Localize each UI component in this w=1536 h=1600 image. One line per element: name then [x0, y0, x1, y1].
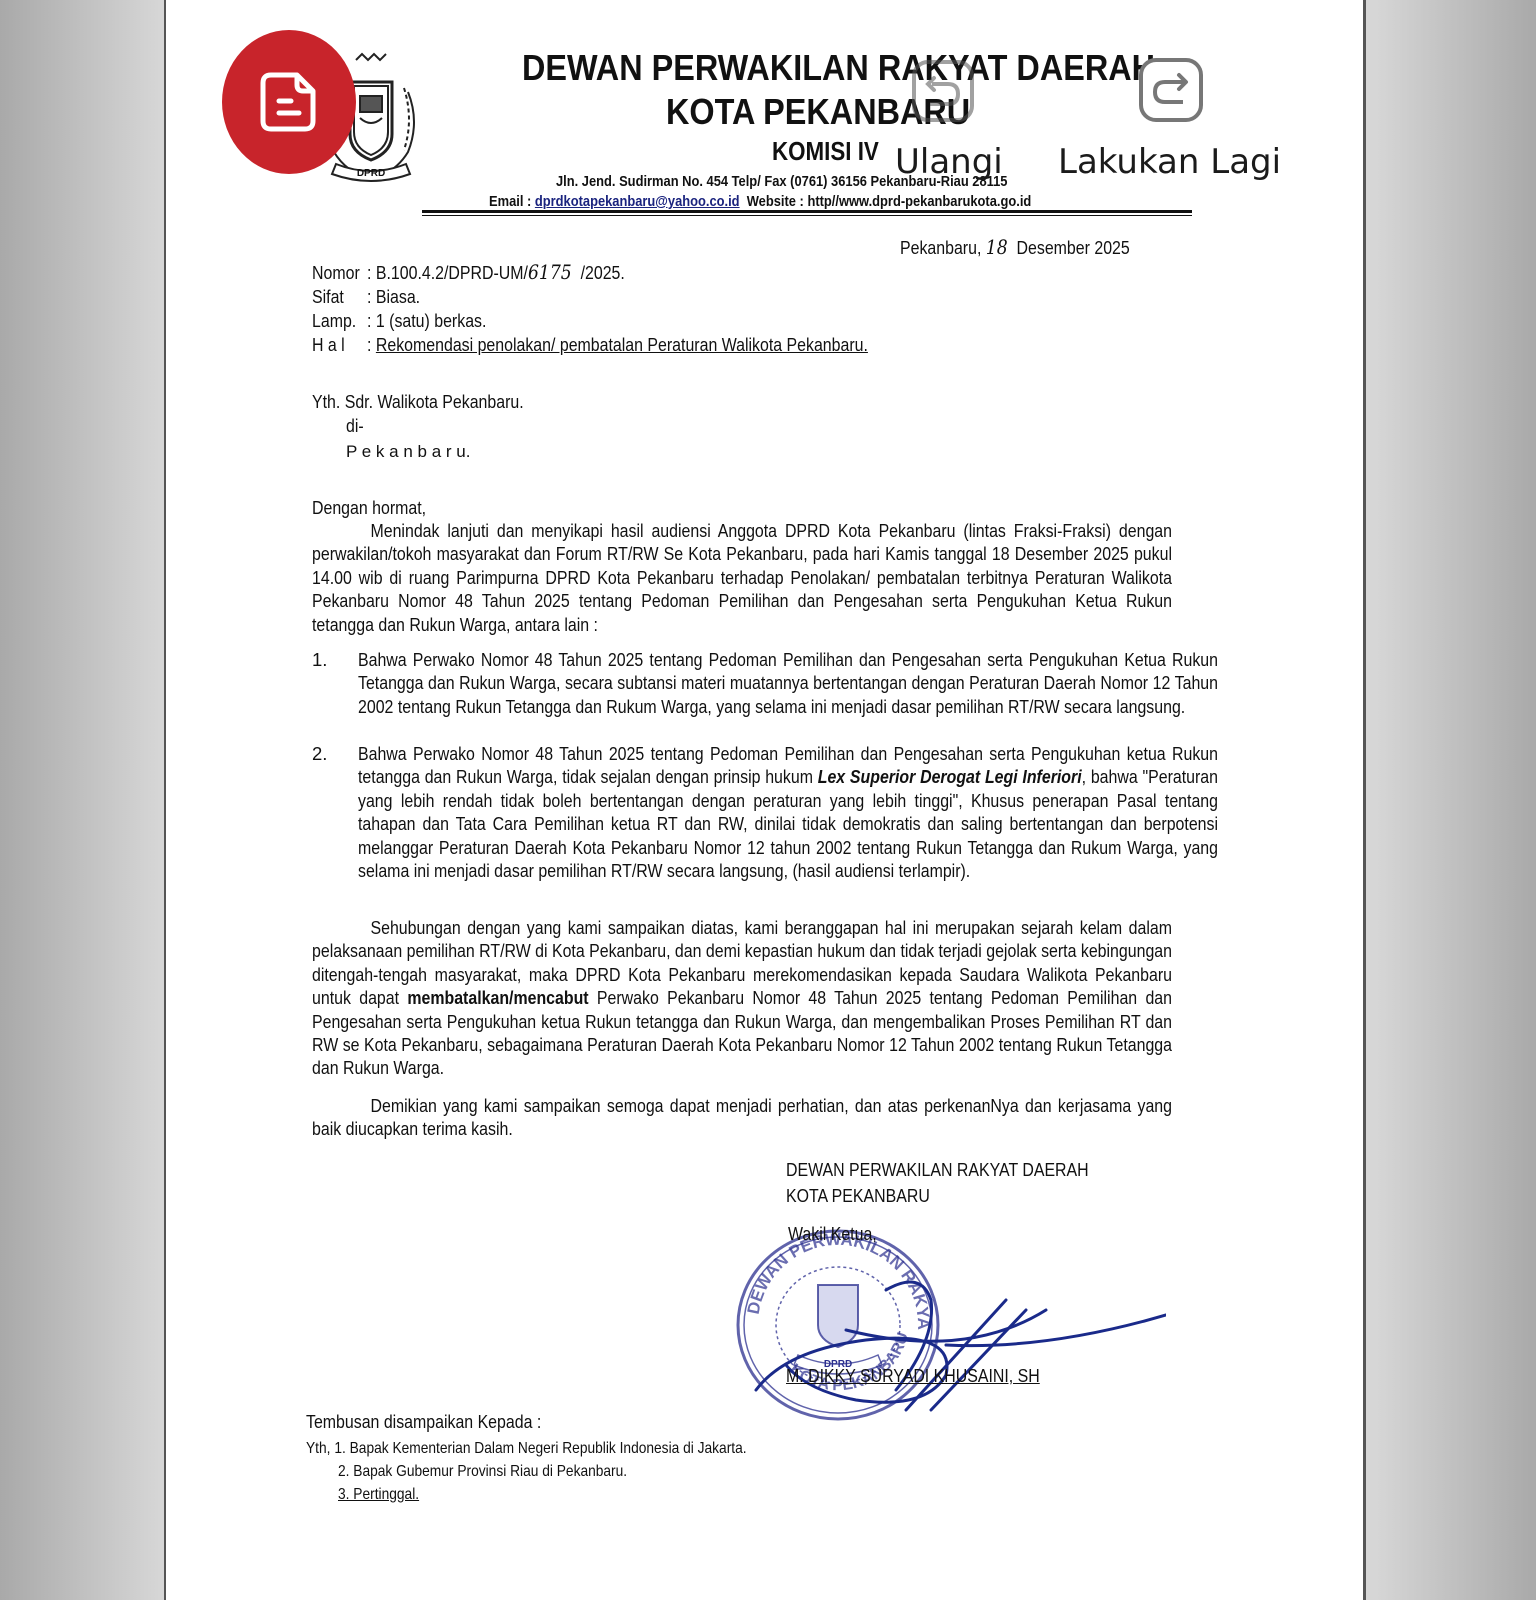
emphasis-cancel: membatalkan/mencabut	[407, 987, 588, 1008]
undo-arrow-icon	[910, 58, 976, 124]
redo-label[interactable]: Lakukan Lagi	[1058, 142, 1281, 182]
meta-hal: H a l: Rekomendasi penolakan/ pembatalan…	[312, 334, 868, 356]
paragraph-intro: Menindak lanjuti dan menyikapi hasil aud…	[312, 519, 1172, 636]
signature-org: DEWAN PERWAKILAN RAKYAT DAERAH	[786, 1158, 1089, 1181]
cc-item-1: Yth, 1. Bapak Kementerian Dalam Negeri R…	[306, 1440, 747, 1458]
signatory-name: M. DIKKY SURYADI KHUSAINI, SH	[786, 1364, 1040, 1387]
undo-button[interactable]	[910, 58, 976, 124]
handwritten-number: 6175	[528, 260, 572, 284]
legal-principle: Lex Superior Derogat Legi Inferiori	[818, 766, 1082, 787]
email-link[interactable]: dprdkotapekanbaru@yahoo.co.id	[535, 193, 740, 210]
meta-sifat: Sifat: Biasa.	[312, 286, 420, 308]
document-page: DPRD DEWAN PERWAKILAN RAKYAT DAERAH KOTA…	[164, 0, 1366, 1600]
website-text: http//www.dprd-pekanbarukota.go.id	[807, 193, 1031, 210]
letterhead-contact: Email : dprdkotapekanbaru@yahoo.co.id We…	[489, 193, 1031, 210]
redo-button[interactable]	[1137, 56, 1205, 124]
redo-arrow-icon	[1137, 56, 1205, 124]
paragraph-recommendation: Sehubungan dengan yang kami sampaikan di…	[312, 916, 1172, 1080]
handwritten-signature	[746, 1270, 1166, 1420]
recipient-di: di-	[346, 414, 364, 437]
letterhead-title: DEWAN PERWAKILAN RAKYAT DAERAH	[522, 47, 1155, 89]
cc-heading: Tembusan disampaikan Kepada :	[306, 1410, 541, 1433]
letterhead-rule	[422, 210, 1192, 213]
cc-item-2: 2. Bapak Gubemur Provinsi Riau di Pekanb…	[338, 1463, 627, 1481]
letter: DPRD DEWAN PERWAKILAN RAKYAT DAERAH KOTA…	[166, 0, 1363, 1600]
signature-city: KOTA PEKANBARU	[786, 1184, 930, 1207]
meta-lampiran: Lamp.: 1 (satu) berkas.	[312, 310, 486, 332]
list-item-1: 1. Bahwa Perwako Nomor 48 Tahun 2025 ten…	[312, 648, 1312, 740]
document-icon	[257, 69, 321, 135]
letterhead-commission: KOMISI IV	[772, 136, 879, 167]
recipient-name: Yth. Sdr. Walikota Pekanbaru.	[312, 390, 524, 413]
cc-item-3: 3. Pertinggal.	[338, 1486, 419, 1504]
recipient-city: P e k a n b a r u.	[346, 440, 470, 463]
letterhead-rule-thin	[422, 215, 1192, 216]
handwritten-day: 18	[986, 235, 1008, 259]
signature-title: Wakil Ketua,	[788, 1222, 877, 1245]
salutation: Dengan hormat,	[312, 496, 426, 519]
undo-label[interactable]: Ulangi	[895, 142, 1003, 182]
meta-nomor: Nomor: B.100.4.2/DPRD-UM/6175 /2025.	[312, 260, 625, 284]
paragraph-closing: Demikian yang kami sampaikan semoga dapa…	[312, 1094, 1172, 1141]
svg-text:DPRD: DPRD	[357, 168, 385, 179]
list-item-2: 2. Bahwa Perwako Nomor 48 Tahun 2025 ten…	[312, 742, 1312, 907]
document-button[interactable]	[222, 30, 356, 174]
letter-date: Pekanbaru, 18 Desember 2025	[900, 236, 1130, 259]
